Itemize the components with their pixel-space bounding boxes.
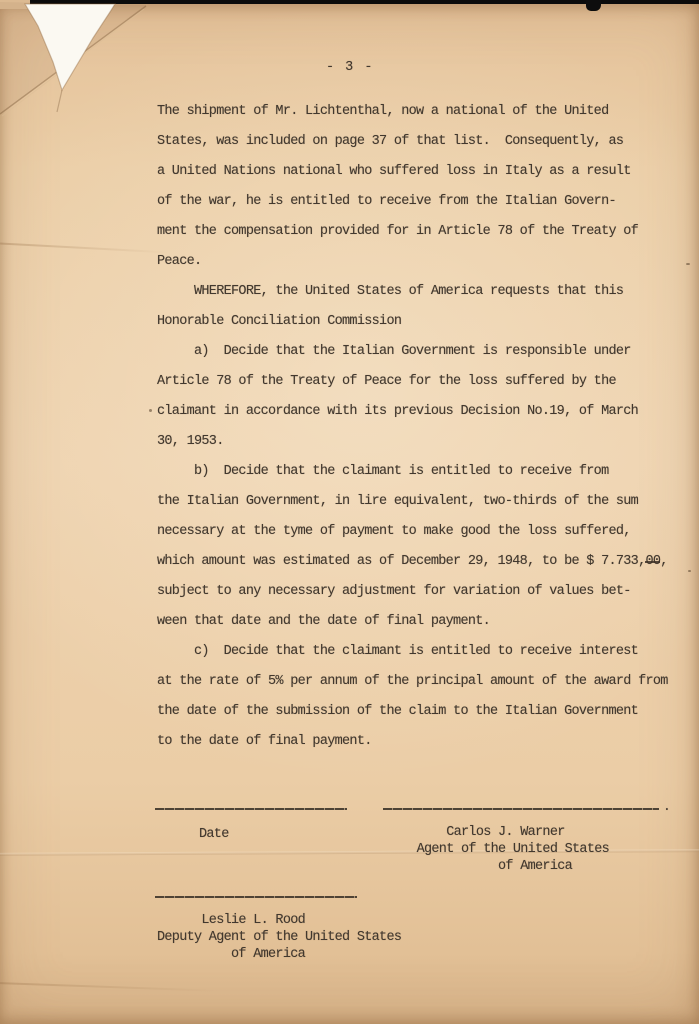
overtype-strike-mark xyxy=(645,561,660,563)
agent-signature-line xyxy=(383,808,659,810)
paper-speck xyxy=(149,409,152,412)
deputy-signature-block: Leslie L. Rood Deputy Agent of the Unite… xyxy=(157,912,401,963)
scanned-document-page: - 3 - The shipment of Mr. Lichtenthal, n… xyxy=(0,0,699,1024)
scanner-edge-notch xyxy=(586,0,601,11)
document-body-text: The shipment of Mr. Lichtenthal, now a n… xyxy=(157,97,668,757)
agent-line-period: . xyxy=(663,799,671,814)
paper-speck xyxy=(688,570,691,572)
paper-speck xyxy=(686,263,690,265)
agent-signature-block: Carlos J. Warner Agent of the United Sta… xyxy=(387,824,609,875)
date-label: Date xyxy=(199,827,229,842)
date-signature-line xyxy=(155,808,347,810)
page-number: - 3 - xyxy=(300,60,400,75)
deputy-signature-line xyxy=(155,896,357,898)
tear-tail-line xyxy=(57,90,62,112)
